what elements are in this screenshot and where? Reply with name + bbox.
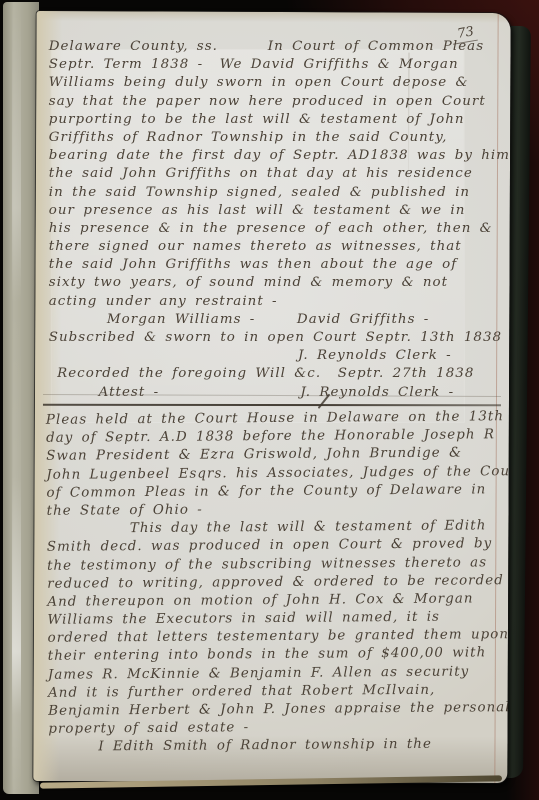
handwritten-line: Griffiths of Radnor Township in the said… [49, 129, 501, 147]
court-entry-smith-will: Pleas held at the Court House in Delawar… [46, 408, 501, 757]
handwritten-line: there signed our names thereto as witnes… [49, 238, 501, 256]
court-entry-griffiths-will: Delaware County, ss. In Court of Common … [49, 38, 501, 402]
handwritten-line: acting under any restraint - [49, 293, 501, 311]
handwritten-line: of Common Pleas in & for the County of D… [46, 481, 498, 503]
handwritten-line: Subscribed & sworn to in open Court Sept… [49, 329, 501, 347]
handwritten-line: Delaware County, ss. In Court of Common … [49, 38, 501, 56]
handwritten-line: Williams being duly sworn in open Court … [49, 74, 501, 92]
handwritten-line: in the said Township signed, sealed & pu… [49, 184, 501, 202]
plastic-sheen-highlight [12, 2, 21, 794]
handwritten-line: sixty two years, of sound mind & memory … [49, 274, 501, 292]
handwritten-line: the said John Griffiths on that day at h… [49, 165, 501, 183]
entry-separator-rule [43, 404, 501, 406]
ledger-page: 73 Delaware County, ss. In Court of Comm… [33, 11, 510, 783]
handwritten-line: Recorded the foregoing Will &c. Septr. 2… [49, 365, 501, 383]
handwritten-line: his presence & in the presence of each o… [49, 220, 501, 238]
handwritten-line: our presence as his last will & testamen… [49, 202, 501, 220]
handwritten-line: the said John Griffiths was then about t… [49, 256, 501, 274]
handwritten-line: Benjamin Herbert & John P. Jones apprais… [48, 699, 500, 721]
handwritten-line: Morgan Williams - David Griffiths - [49, 311, 501, 329]
handwritten-line: Septr. Term 1838 - We David Griffiths & … [49, 56, 501, 74]
handwritten-line: I Edith Smith of Radnor township in the [48, 736, 500, 758]
handwritten-line: purporting to be the last will & testame… [49, 111, 501, 129]
handwritten-line: Attest - J. Reynolds Clerk - [49, 384, 501, 402]
handwritten-line: say that the paper now here produced in … [49, 93, 501, 111]
handwritten-line: J. Reynolds Clerk - [49, 347, 501, 365]
handwritten-line: bearing date the first day of Septr. AD1… [49, 147, 501, 165]
